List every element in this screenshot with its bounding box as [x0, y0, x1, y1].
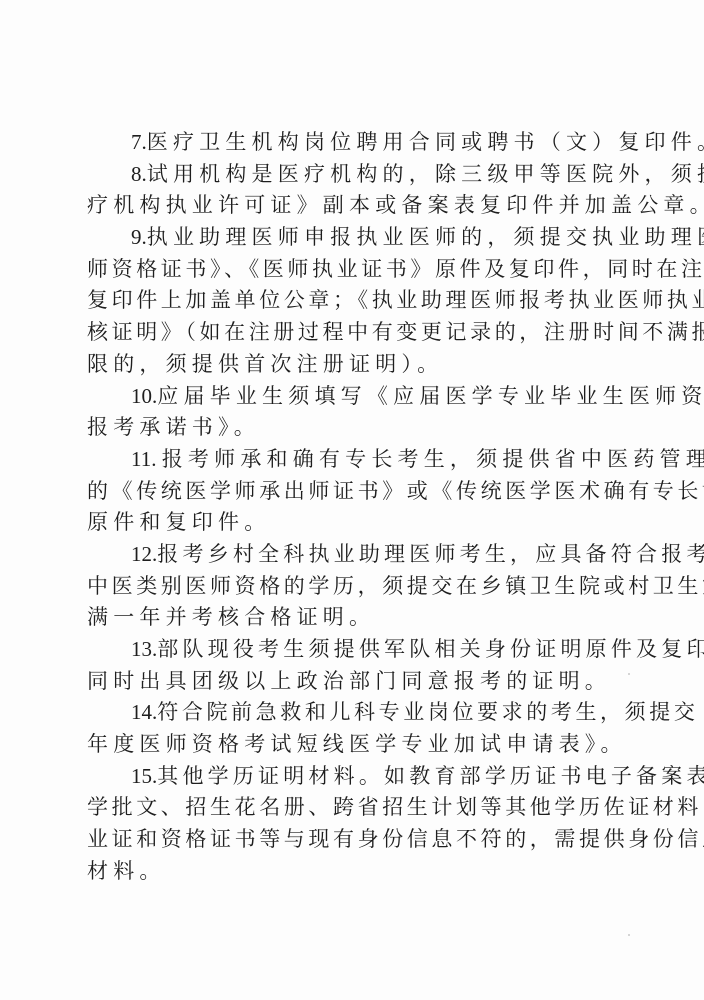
item-9-line-3: 复印件上加盖单位公章；《执业助理医师报考执业医师执业期考: [87, 285, 627, 317]
document-body: 7.医疗卫生机构岗位聘用合同或聘书（文）复印件。 8.试用机构是医疗机构的，除三…: [87, 127, 627, 888]
item-15-line-3: 业证和资格证书等与现有身份信息不符的，需提供身份信息佐证: [87, 824, 627, 856]
item-12-line-1: 12.报考乡村全科执业助理医师考生，应具备符合报考临床、: [87, 539, 627, 571]
document-page: 7.医疗卫生机构岗位聘用合同或聘书（文）复印件。 8.试用机构是医疗机构的，除三…: [0, 0, 704, 1000]
item-9-line-1: 9.执业助理医师申报执业医师的，须提交执业助理医师《医: [87, 222, 627, 254]
item-8-line-1: 8.试用机构是医疗机构的，除三级甲等医院外，须提交《医: [87, 159, 627, 191]
item-number: 9.: [131, 225, 147, 249]
item-text: 试用机构是医疗机构的，除三级甲等医院外，须提交《医: [147, 162, 704, 186]
item-11-line-3: 原件和复印件。: [87, 507, 627, 539]
item-9-line-5: 限的，须提供首次注册证明）。: [87, 349, 627, 381]
item-13-line-1: 13.部队现役考生须提供军队相关身份证明原件及复印件，: [87, 634, 627, 666]
item-text: 其他学历证明材料。如教育部学历证书电子备案表、办: [157, 764, 704, 788]
item-9-line-2: 师资格证书》、《医师执业证书》原件及复印件，同时在注册证书: [87, 254, 627, 286]
scan-speck: [616, 643, 618, 645]
item-text: 符合院前急救和儿科专业岗位要求的考生，须提交《2021: [157, 700, 704, 724]
item-13-line-2: 同时出具团级以上政治部门同意报考的证明。: [87, 666, 627, 698]
item-number: 11.: [131, 447, 162, 471]
item-8-line-2: 疗机构执业许可证》副本或备案表复印件并加盖公章。: [87, 190, 627, 222]
item-10-line-1: 10.应届毕业生须填写《应届医学专业毕业生医师资格考试: [87, 381, 627, 413]
item-number: 13.: [131, 637, 157, 661]
scan-speck: [628, 673, 630, 675]
item-number: 15.: [131, 764, 157, 788]
item-12-line-2: 中医类别医师资格的学历，须提交在乡镇卫生院或村卫生室工作: [87, 571, 627, 603]
item-14-line-2: 年度医师资格考试短线医学专业加试申请表》。: [87, 729, 627, 761]
item-7-line-1: 7.医疗卫生机构岗位聘用合同或聘书（文）复印件。: [87, 127, 627, 159]
item-text: 应届毕业生须填写《应届医学专业毕业生医师资格考试: [157, 384, 704, 408]
item-text: 报考乡村全科执业助理医师考生，应具备符合报考临床、: [157, 542, 704, 566]
item-number: 12.: [131, 542, 157, 566]
item-15-line-1: 15.其他学历证明材料。如教育部学历证书电子备案表、办: [87, 761, 627, 793]
item-number: 7.: [131, 130, 147, 154]
item-text: 医疗卫生机构岗位聘用合同或聘书（文）复印件。: [147, 130, 704, 154]
item-number: 14.: [131, 700, 157, 724]
item-11-line-2: 的《传统医学师承出师证书》或《传统医学医术确有专长证书》: [87, 476, 627, 508]
item-10-line-2: 报考承诺书》。: [87, 412, 627, 444]
item-11-line-1: 11. 报考师承和确有专长考生，须提供省中医药管理局颁发: [87, 444, 627, 476]
item-number: 10.: [131, 384, 157, 408]
item-14-line-1: 14.符合院前急救和儿科专业岗位要求的考生，须提交《2021: [87, 697, 627, 729]
item-text: 部队现役考生须提供军队相关身份证明原件及复印件，: [157, 637, 704, 661]
item-number: 8.: [131, 162, 147, 186]
scan-speck: [628, 934, 630, 936]
item-15-line-4: 材料。: [87, 856, 627, 888]
item-text: 执业助理医师申报执业医师的，须提交执业助理医师《医: [147, 225, 704, 249]
item-text: 报考师承和确有专长考生，须提供省中医药管理局颁发: [162, 447, 704, 471]
item-12-line-3: 满一年并考核合格证明。: [87, 602, 627, 634]
item-15-line-2: 学批文、招生花名册、跨省招生计划等其他学历佐证材料；若毕: [87, 792, 627, 824]
item-9-line-4: 核证明》（如在注册过程中有变更记录的，注册时间不满报考年: [87, 317, 627, 349]
